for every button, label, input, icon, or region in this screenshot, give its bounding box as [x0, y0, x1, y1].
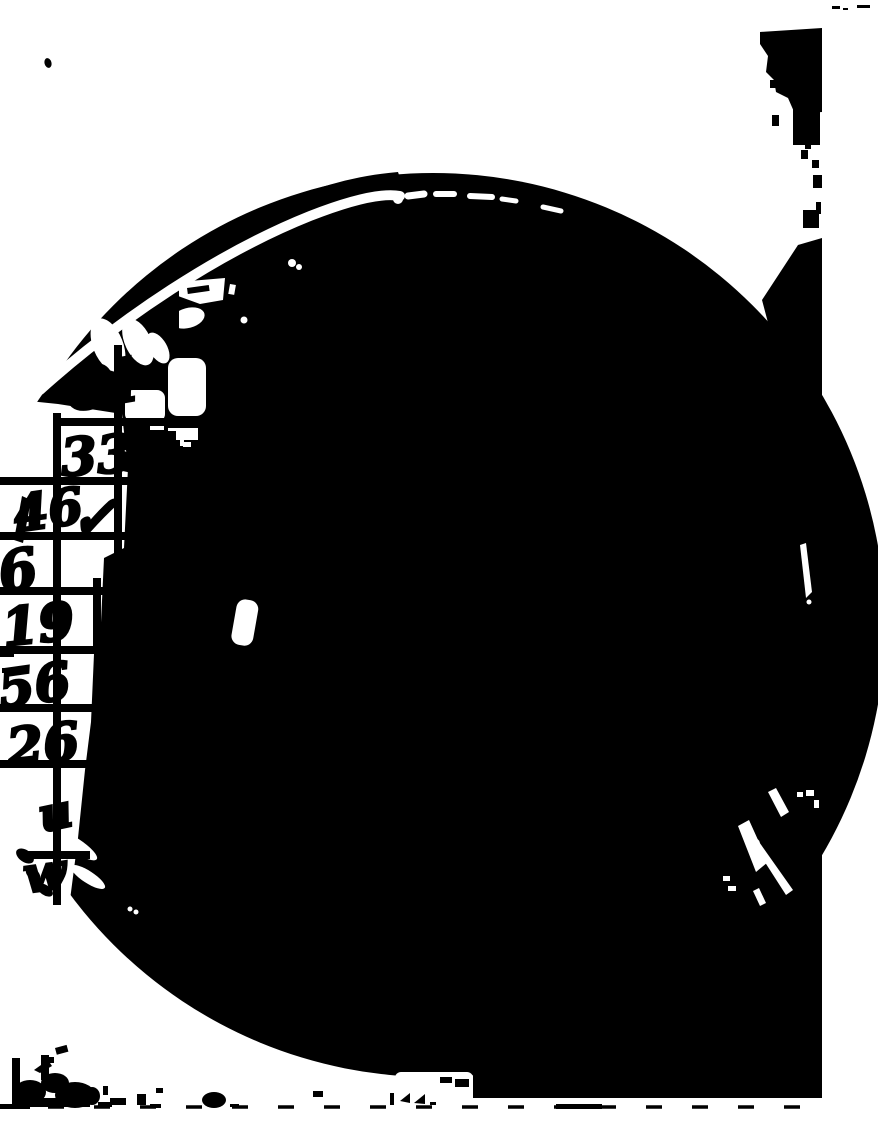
top-right-dash [832, 6, 840, 9]
binarized-photo: Ol33246✓63195626uw [0, 0, 878, 1123]
handwritten-mark: 19 [0, 591, 77, 659]
top-right-dash [857, 5, 870, 8]
scanned-page: Ol33246✓63195626uw [0, 0, 878, 1123]
handwritten-mark: 26 [3, 711, 82, 779]
handwritten-mark: ✓ [70, 483, 119, 551]
handwritten-mark: 56 [0, 650, 74, 720]
top-right-dash [843, 8, 848, 10]
